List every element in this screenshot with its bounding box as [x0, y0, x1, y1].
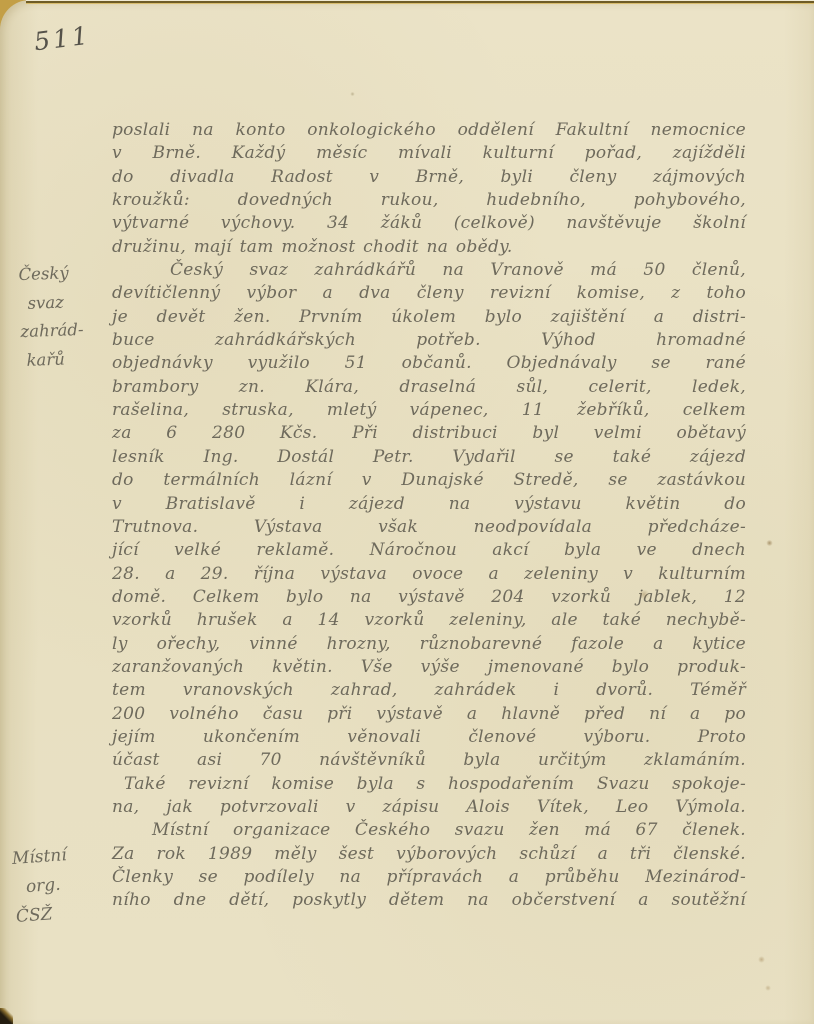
manuscript-line: v Bratislavě i zájezd na výstavu květin …: [112, 493, 746, 516]
manuscript-line: rašelina, struska, mletý vápenec, 11 žeb…: [112, 399, 746, 422]
bottom-left-corner-mark: [0, 1008, 13, 1024]
margin-note-line: Místní: [11, 841, 68, 874]
page-top-edge: [26, 0, 814, 6]
manuscript-line: Za rok 1989 měly šest výborových schůzí …: [112, 843, 746, 866]
manuscript-line: devítičlenný výbor a dva členy revizní k…: [112, 282, 746, 305]
margin-note-line: svaz: [19, 287, 83, 318]
paper-stain: [350, 92, 355, 96]
manuscript-line: Místní organizace Českého svazu žen má 6…: [112, 819, 746, 842]
manuscript-line: lesník Ing. Dostál Petr. Vydařil se také…: [112, 446, 746, 469]
manuscript-line: Také revizní komise byla s hospodařením …: [112, 773, 746, 796]
manuscript-line: tem vranovských zahrad, zahrádek i dvorů…: [112, 679, 746, 702]
paper-stain: [766, 540, 773, 546]
manuscript-line: Český svaz zahrádkářů na Vranově má 50 č…: [112, 259, 746, 282]
margin-note-cesky-svaz-zahradkaru: Českýsvazzahrád-kařů: [18, 259, 85, 375]
manuscript-line: kroužků: dovedných rukou, hudebního, poh…: [112, 189, 746, 212]
manuscript-line: ly ořechy, vinné hrozny, různobarevné fa…: [112, 633, 746, 656]
manuscript-line: buce zahrádkářských potřeb. Výhod hromad…: [112, 329, 746, 352]
manuscript-line: ního dne dětí, poskytly dětem na občerst…: [112, 889, 746, 912]
paper-stain: [758, 956, 765, 963]
margin-note-line: org.: [13, 870, 70, 903]
manuscript-line: brambory zn. Klára, draselná sůl, celeri…: [112, 376, 746, 399]
manuscript-line: vzorků hrušek a 14 vzorků zeleniny, ale …: [112, 609, 746, 632]
manuscript-line: v Brně. Každý měsíc mívali kulturní pořa…: [112, 142, 746, 165]
manuscript-line: je devět žen. Prvním úkolem bylo zajiště…: [112, 306, 746, 329]
manuscript-line: poslali na konto onkologického oddělení …: [112, 119, 746, 142]
manuscript-line: jící velké reklamě. Náročnou akcí byla v…: [112, 539, 746, 562]
manuscript-line: zaranžovaných květin. Vše výše jmenované…: [112, 656, 746, 679]
manuscript-line: domě. Celkem bylo na výstavě 204 vzorků …: [112, 586, 746, 609]
manuscript-line: Trutnova. Výstava však neodpovídala před…: [112, 516, 746, 539]
manuscript-line: objednávky využilo 51 občanů. Objednával…: [112, 352, 746, 375]
notebook-page: 511 Českýsvazzahrád-kařů Místníorg.ČSŽ p…: [0, 0, 814, 1024]
manuscript-line: jejím ukončením věnovali členové výboru.…: [112, 726, 746, 749]
margin-note-line: kařů: [21, 344, 85, 375]
manuscript-line: účast asi 70 návštěvníků byla určitým zk…: [112, 749, 746, 772]
manuscript-line: družinu, mají tam možnost chodit na oběd…: [112, 236, 746, 259]
manuscript-line: 28. a 29. října výstava ovoce a zeleniny…: [112, 563, 746, 586]
manuscript-line: 200 volného času při výstavě a hlavně př…: [112, 703, 746, 726]
margin-note-mistni-org-csz: Místníorg.ČSŽ: [11, 841, 72, 932]
manuscript-line: do divadla Radost v Brně, byli členy záj…: [112, 166, 746, 189]
manuscript-line: za 6 280 Kčs. Při distribuci byl velmi o…: [112, 422, 746, 445]
margin-note-line: ČSŽ: [15, 899, 72, 932]
paper-stain: [638, 590, 650, 599]
manuscript-line: do termálních lázní v Dunajské Stredě, s…: [112, 469, 746, 492]
page-number: 511: [32, 21, 92, 57]
margin-note-line: Český: [18, 259, 82, 290]
paper-stain: [765, 985, 771, 991]
manuscript-line: výtvarné výchovy. 34 žáků (celkově) navš…: [112, 212, 746, 235]
manuscript-text-block: poslali na konto onkologického oddělení …: [112, 119, 746, 913]
margin-note-line: zahrád-: [20, 316, 84, 347]
manuscript-line: Členky se podílely na přípravách a průbě…: [112, 866, 746, 889]
manuscript-line: na, jak potvrzovali v zápisu Alois Vítek…: [112, 796, 746, 819]
